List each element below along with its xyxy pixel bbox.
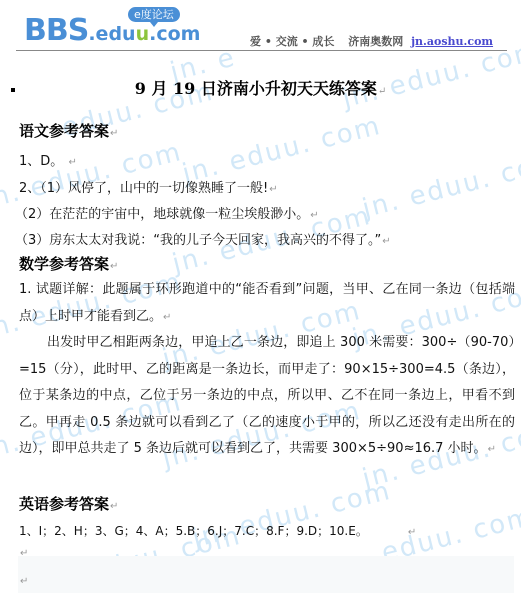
answer-line: （3）房东太太对我说：“我的儿子今天回家，我高兴的不得了。”↵ [15, 229, 391, 248]
section-heading-english: 英语参考答案↵ [19, 493, 118, 514]
paragraph-mark-icon: ↵ [68, 157, 76, 168]
answer-text: 1、I；2、H；3、G；4、A；5.B；6.J；7.C；8.F；9.D；10.E… [19, 524, 368, 538]
paragraph-mark-icon: ↵ [110, 128, 118, 139]
paragraph-mark-icon: ↵ [488, 444, 496, 455]
answer-line: 1、D。 ↵ [19, 150, 77, 169]
answer-text: 1、D。 [19, 154, 63, 169]
paragraph-mark-icon: ↵ [378, 86, 386, 97]
section-heading-math: 数学参考答案↵ [19, 253, 118, 274]
answer-line: 2、（1）风停了，山中的一切像熟睡了一般!↵ [19, 177, 278, 196]
paragraph-mark-icon: ↵ [110, 501, 118, 512]
paragraph-mark-icon: ↵ [163, 312, 171, 323]
paragraph-text: 出发时甲乙相距两条边，甲追上乙一条边，即追上 300 米需要：300÷（90-7… [19, 335, 515, 456]
section-heading-chinese: 语文参考答案↵ [19, 120, 118, 141]
math-answer-paragraph: 1. 试题详解：此题属于环形跑道中的“能否看到”问题，当甲、乙在同一条边（包括端… [19, 277, 515, 331]
paragraph-mark-icon: ↵ [20, 576, 28, 587]
answer-line: 1、I；2、H；3、G；4、A；5.B；6.J；7.C；8.F；9.D；10.E… [19, 522, 416, 539]
title-text: 9 月 19 日济南小升初天天练答案 [135, 79, 377, 98]
heading-text: 语文参考答案 [19, 122, 109, 140]
paragraph-mark-icon: ↵ [20, 548, 28, 559]
answer-text: （3）房东太太对我说：“我的儿子今天回家，我高兴的不得了。” [15, 233, 381, 248]
paragraph-mark-icon: ↵ [310, 210, 318, 221]
document-body: 9 月 19 日济南小升初天天练答案↵ 语文参考答案↵ 1、D。 ↵ 2、（1）… [0, 0, 521, 593]
heading-text: 数学参考答案 [19, 255, 109, 273]
document-title: 9 月 19 日济南小升初天天练答案↵ [0, 76, 521, 99]
paragraph-mark-icon: ↵ [269, 184, 277, 195]
paragraph-text: 1. 试题详解：此题属于环形跑道中的“能否看到”问题，当甲、乙在同一条边（包括端… [19, 282, 515, 324]
paragraph-mark-icon: ↵ [408, 527, 416, 538]
answer-text: 2、（1）风停了，山中的一切像熟睡了一般! [19, 181, 268, 196]
math-explanation-paragraph: 出发时甲乙相距两条边，甲追上乙一条边，即追上 300 米需要：300÷（90-7… [19, 330, 515, 464]
heading-text: 英语参考答案 [19, 495, 109, 513]
paragraph-mark-icon: ↵ [382, 236, 390, 247]
paragraph-mark-icon: ↵ [110, 261, 118, 272]
empty-line: ↵ [19, 573, 28, 588]
empty-line: ↵ [19, 545, 28, 560]
answer-text: （2）在茫茫的宇宙中，地球就像一粒尘埃般渺小。 [15, 207, 309, 222]
answer-line: （2）在茫茫的宇宙中，地球就像一粒尘埃般渺小。↵ [15, 203, 319, 222]
